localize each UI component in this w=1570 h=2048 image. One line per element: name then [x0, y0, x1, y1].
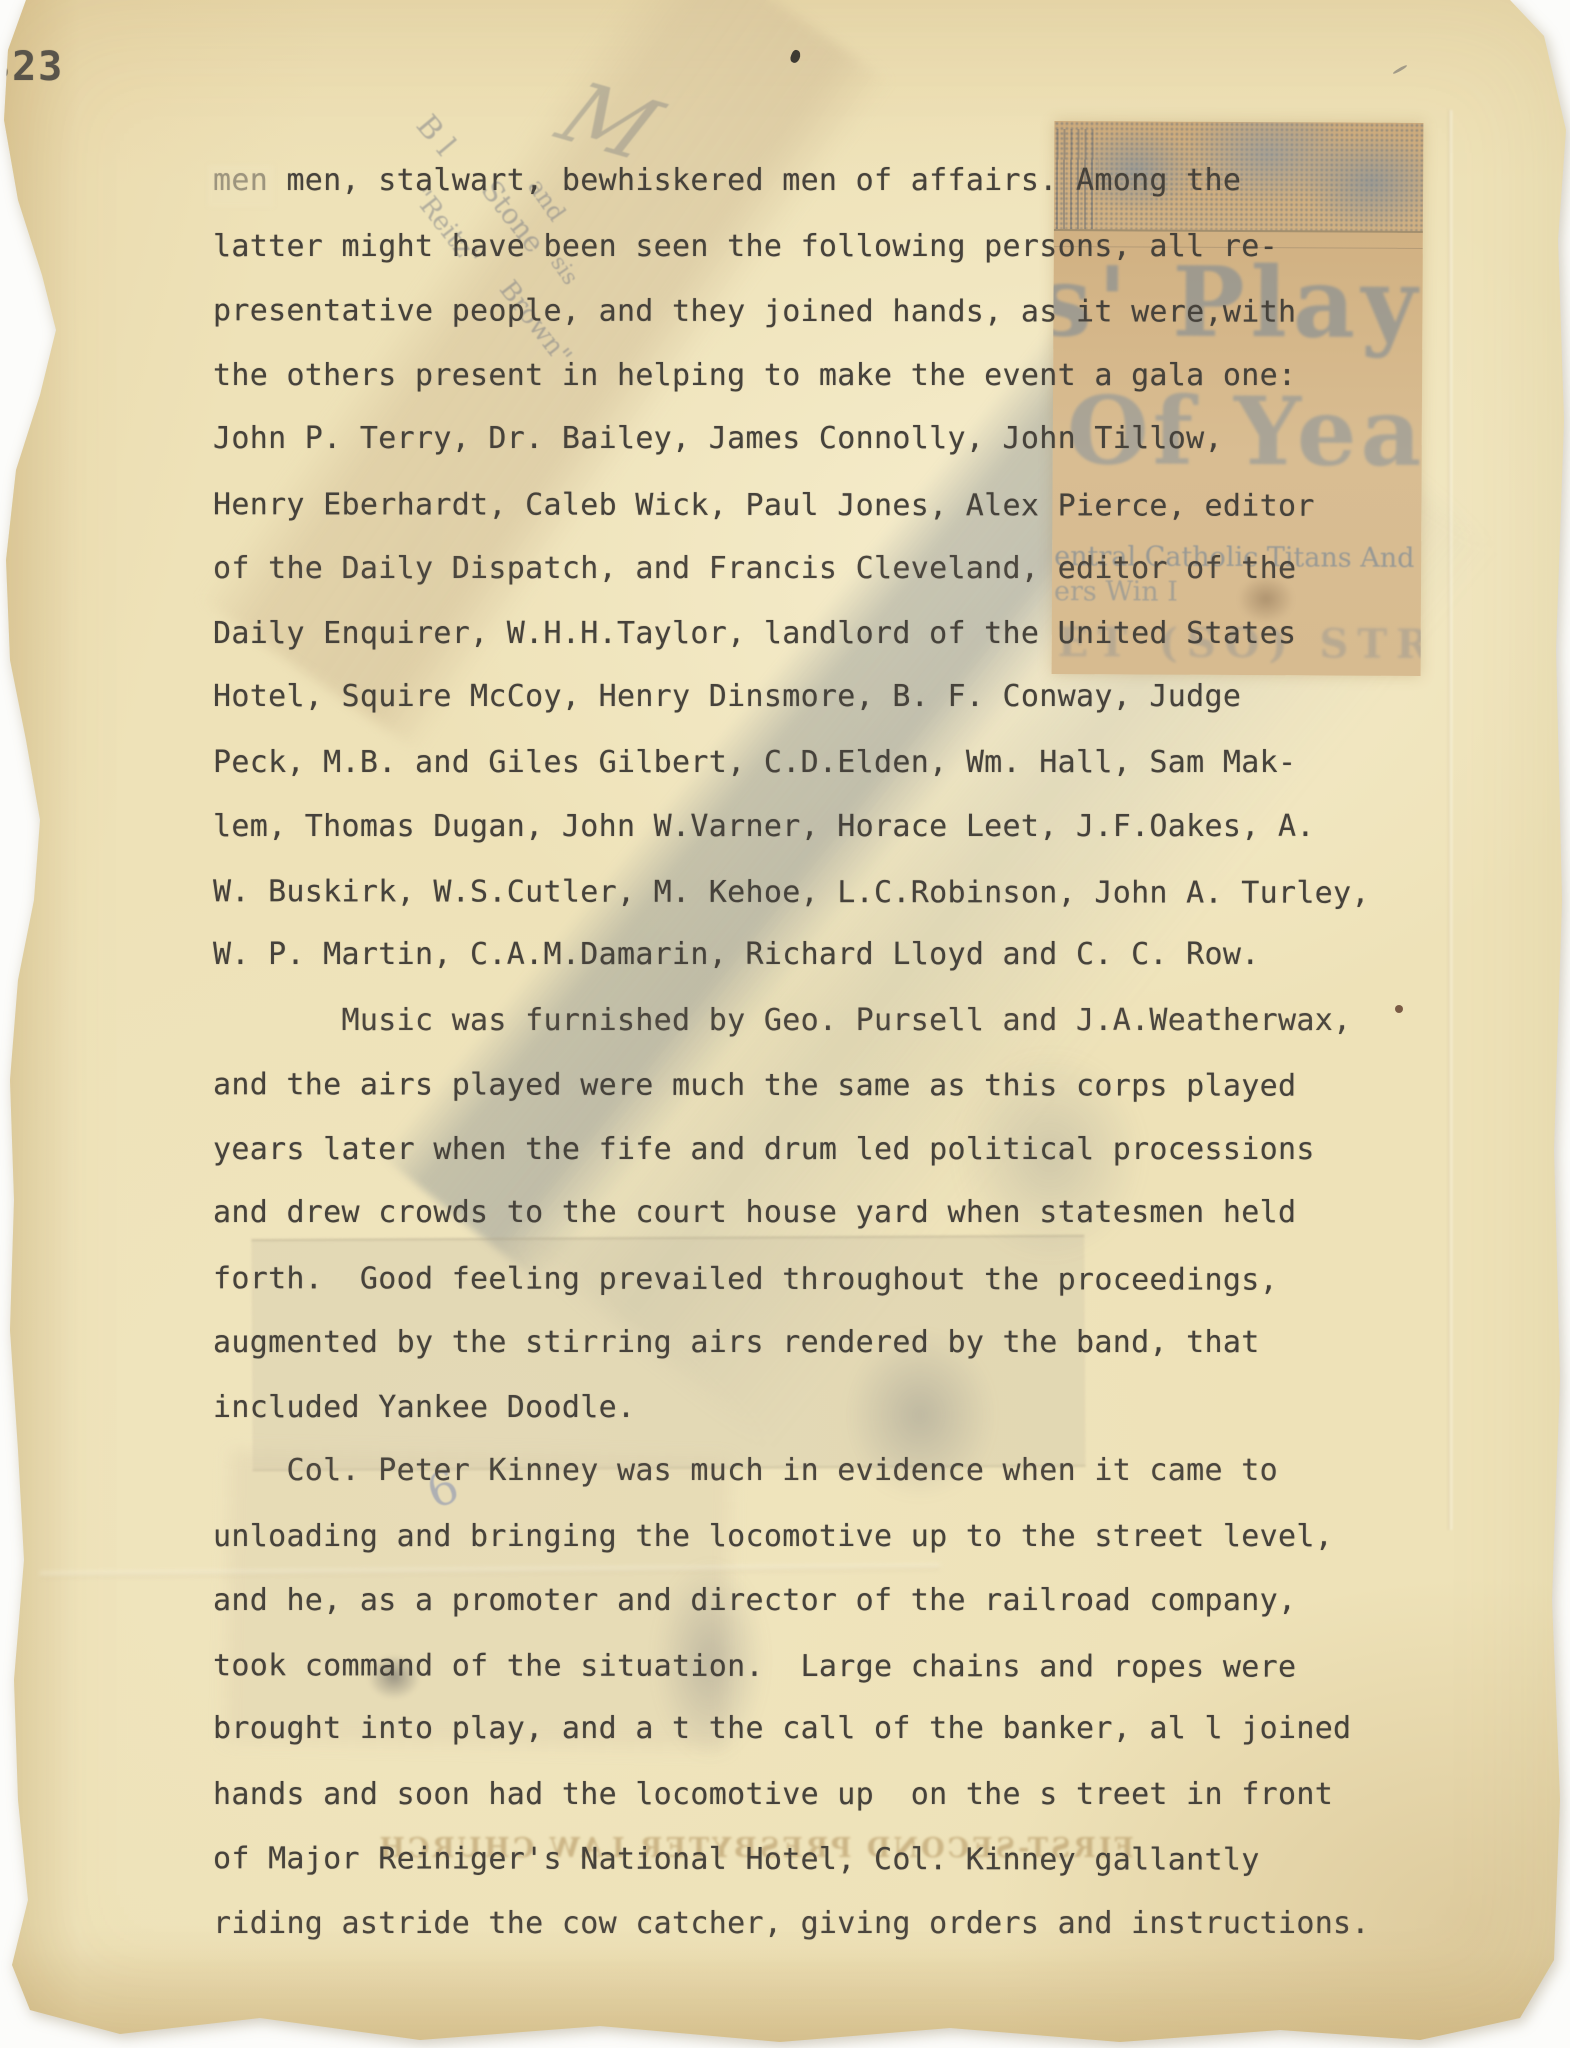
typed-line: the others present in helping to make th…: [213, 344, 1370, 409]
typed-line: unloading and bringing the locomotive up…: [213, 1505, 1370, 1570]
pencil-tick: [1392, 64, 1407, 75]
typed-line: lem, Thomas Dugan, John W.Varner, Horace…: [213, 795, 1370, 860]
typed-line: included Yankee Doodle.: [213, 1376, 1370, 1441]
typed-line: W. Buskirk, W.S.Cutler, M. Kehoe, L.C.Ro…: [213, 860, 1370, 926]
typed-line: years later when the fife and drum led p…: [213, 1118, 1370, 1183]
typed-line: took command of the situation. Large cha…: [213, 1634, 1370, 1700]
typed-line: Music was furnished by Geo. Pursell and …: [213, 989, 1370, 1054]
typed-line: and the airs played were much the same a…: [213, 1053, 1370, 1119]
typed-line: Henry Eberhardt, Caleb Wick, Paul Jones,…: [213, 473, 1370, 539]
typed-line: John P. Terry, Dr. Bailey, James Connoll…: [213, 407, 1370, 472]
torn-edge-shade-bottom: [0, 1950, 1570, 2048]
typed-line: of Major Reiniger's National Hotel, Col.…: [213, 1827, 1370, 1893]
typed-line: W. P. Martin, C.A.M.Damarin, Richard Llo…: [213, 923, 1370, 988]
typed-line: brought into play, and a t the call of t…: [213, 1697, 1370, 1762]
ink-speck: [1395, 1005, 1403, 1013]
typed-line: of the Daily Dispatch, and Francis Cleve…: [213, 537, 1370, 602]
typed-line: presentative people, and they joined han…: [213, 279, 1370, 345]
typed-line: Hotel, Squire McCoy, Henry Dinsmore, B. …: [213, 665, 1370, 730]
torn-edge-shade-left: [0, 0, 80, 2048]
typed-line: men men, stalwart, bewhiskered men of af…: [213, 149, 1370, 214]
typed-line: and he, as a promoter and director of th…: [213, 1569, 1370, 1634]
page-number: 323: [0, 44, 64, 90]
typed-line: and drew crowds to the court house yard …: [213, 1181, 1370, 1246]
typed-line: augmented by the stirring airs rendered …: [213, 1311, 1370, 1376]
ink-speck: [789, 49, 803, 65]
strike-over-fade: [208, 165, 274, 207]
typed-line: Daily Enquirer, W.H.H.Taylor, landlord o…: [213, 602, 1370, 667]
typed-line: forth. Good feeling prevailed throughout…: [213, 1247, 1370, 1313]
typed-line: riding astride the cow catcher, giving o…: [213, 1892, 1370, 1957]
typed-line: Col. Peter Kinney was much in evidence w…: [213, 1439, 1370, 1504]
manuscript-page: B l "Reitz" Stone and sis Brown" M s' Pl…: [0, 0, 1570, 2048]
paper-shadow-wrap: B l "Reitz" Stone and sis Brown" M s' Pl…: [0, 0, 1570, 2048]
vertical-crease: [1448, 110, 1453, 1530]
typewritten-text-block: men men, stalwart, bewhiskered men of af…: [213, 150, 1370, 1956]
typed-line: Peck, M.B. and Giles Gilbert, C.D.Elden,…: [213, 731, 1370, 796]
scanned-document: B l "Reitz" Stone and sis Brown" M s' Pl…: [0, 0, 1570, 2048]
typed-line: hands and soon had the locomotive up on …: [213, 1763, 1370, 1828]
typed-line: latter might have been seen the followin…: [213, 215, 1370, 280]
